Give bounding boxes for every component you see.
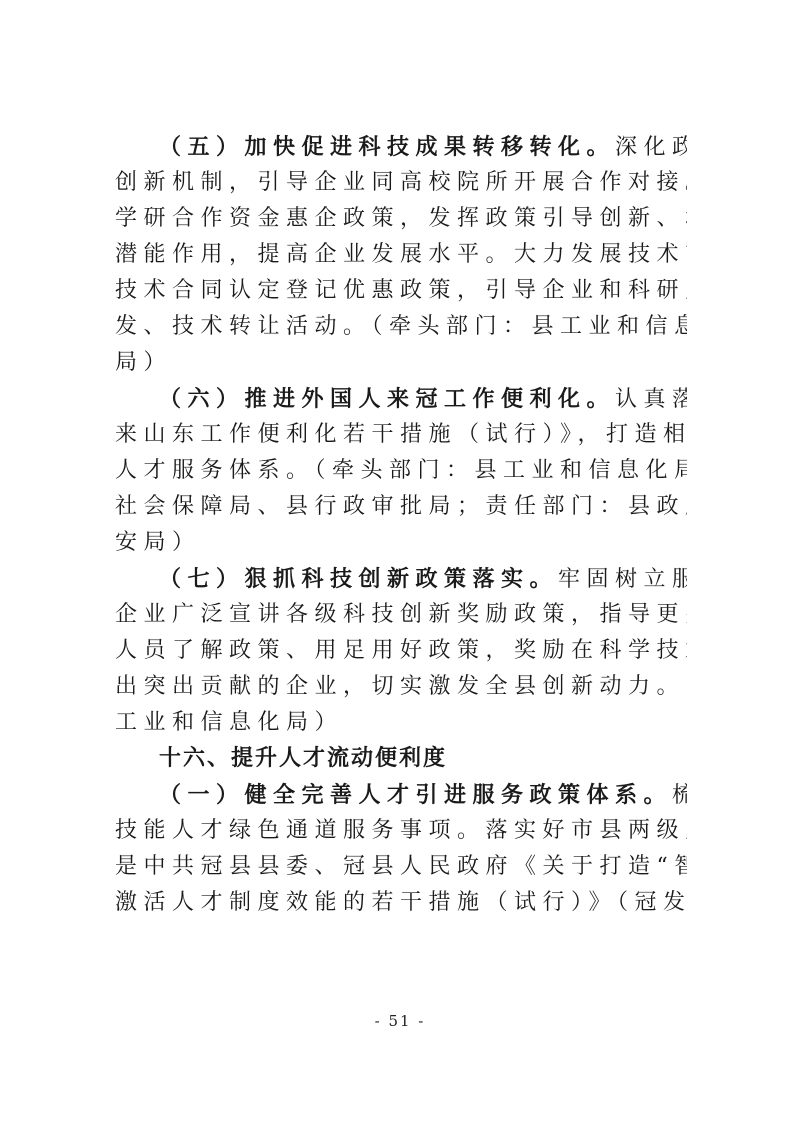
paragraph-text: 认真落实《外国人 (615, 387, 687, 412)
paragraph-line: （一）健全完善人才引进服务政策体系。梳理高层次高 (115, 777, 687, 813)
paragraph-line: 出突出贡献的企业，切实激发全县创新动力。（牵头部门：县 (115, 669, 687, 705)
paragraph-line: （六）推进外国人来冠工作便利化。认真落实《外国人 (115, 381, 687, 417)
paragraph-line: （五）加快促进科技成果转移转化。深化政产学研协同 (115, 129, 687, 165)
paragraph-line: 社会保障局、县行政审批局；责任部门：县政府办公室、县公 (115, 489, 687, 525)
paragraph-line: 创新机制，引导企业同高校院所开展合作对接。积极落实市产 (115, 165, 687, 201)
paragraph-line: 技能人才绿色通道服务事项。落实好市县两级人才政策，特别 (115, 813, 687, 849)
paragraph-line: 安局） (115, 525, 687, 561)
paragraph-line: 技术合同认定登记优惠政策，引导企业和科研人员开展技术开 (115, 273, 687, 309)
paragraph-lead-title: （五）加快促进科技成果转移转化。 (159, 134, 615, 160)
paragraph-line: 人才服务体系。（牵头部门：县工业和信息化局、县人力资源 (115, 453, 687, 489)
paragraph-text: 牢固树立服务理念，对 (558, 567, 687, 592)
paragraph-line: 企业广泛宣讲各级科技创新奖励政策，指导更多的企业和科研 (115, 597, 687, 633)
page-number: - 51 - (0, 1012, 800, 1030)
paragraph-line: 发、技术转让活动。（牵头部门：县工业和信息化局、县税务 (115, 309, 687, 345)
paragraph-line: 来山东工作便利化若干措施（试行）》，打造相对完备的外国 (115, 417, 687, 453)
paragraph-text: 深化政产学研协同 (615, 135, 687, 160)
section-heading: 十六、提升人才流动便利度 (115, 741, 687, 777)
paragraph-lead-title: （一）健全完善人才引进服务政策体系。 (159, 782, 672, 808)
paragraph-lead-title: （七）狠抓科技创新政策落实。 (159, 566, 558, 592)
paragraph-line: 学研合作资金惠企政策，发挥政策引导创新、增强活力、激发 (115, 201, 687, 237)
paragraph-line: 是中共冠县县委、冠县人民政府《关于打造“智汇冠县”品牌 (115, 849, 687, 885)
paragraph-text: 梳理高层次高 (672, 783, 687, 808)
paragraph-line: 潜能作用，提高企业发展水平。大力发展技术市场，积极宣讲 (115, 237, 687, 273)
paragraph-line: 工业和信息化局） (115, 705, 687, 741)
document-body: （五）加快促进科技成果转移转化。深化政产学研协同 创新机制，引导企业同高校院所开… (115, 129, 687, 921)
paragraph-line: 局） (115, 345, 687, 381)
paragraph-line: 激活人才制度效能的若干措施（试行）》（冠发〔2020〕9号） (115, 885, 687, 921)
paragraph-line: （七）狠抓科技创新政策落实。牢固树立服务理念，对 (115, 561, 687, 597)
paragraph-line: 人员了解政策、用足用好政策，奖励在科学技术进步活动中作 (115, 633, 687, 669)
paragraph-lead-title: （六）推进外国人来冠工作便利化。 (159, 386, 615, 412)
document-page: （五）加快促进科技成果转移转化。深化政产学研协同 创新机制，引导企业同高校院所开… (0, 0, 800, 1132)
